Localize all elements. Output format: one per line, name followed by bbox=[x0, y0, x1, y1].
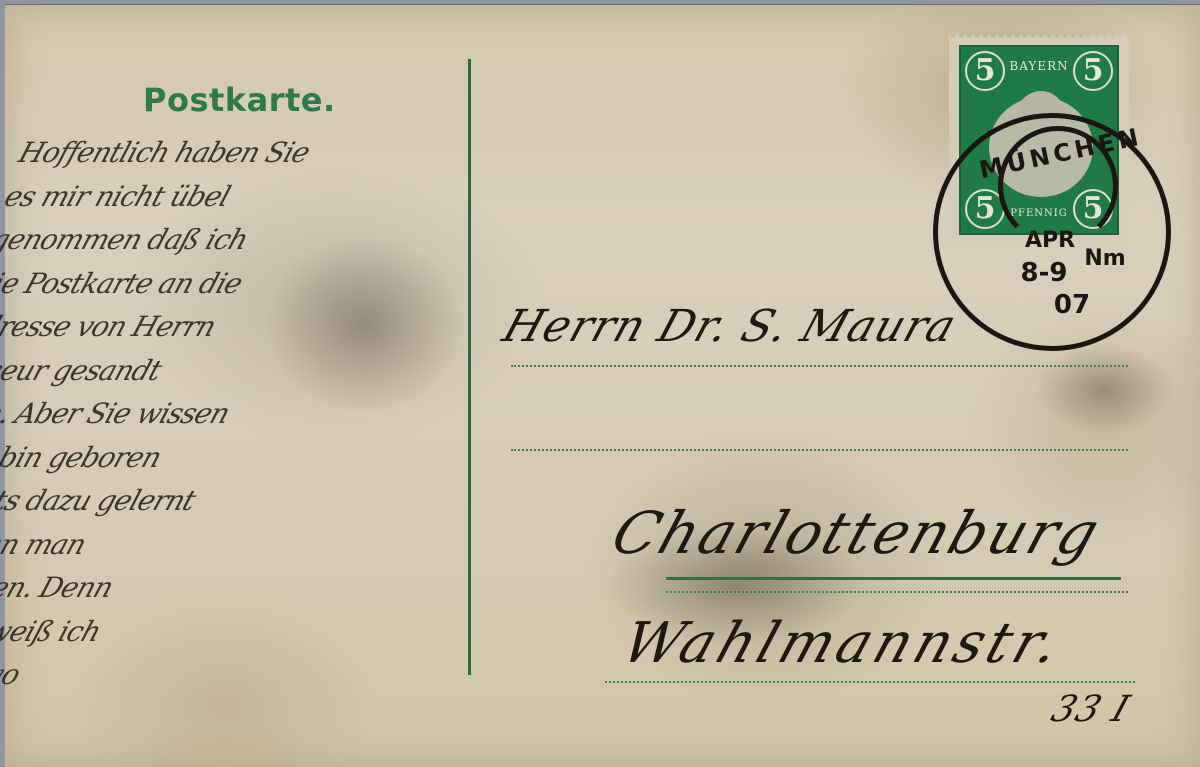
ink-smudge bbox=[1035, 345, 1175, 435]
message-line: habe. Aber Sie wissen bbox=[0, 392, 382, 436]
address-line-1 bbox=[511, 365, 1128, 367]
message-line: die Postkarte an die bbox=[0, 262, 425, 306]
postcard: Postkarte. Hoffentlich haben Sie es mir … bbox=[5, 4, 1200, 766]
message-line: da machen. Denn bbox=[0, 566, 326, 610]
message-line: nur nicht wo bbox=[0, 653, 297, 697]
handwritten-message: Hoffentlich haben Sie es mir nicht übel … bbox=[0, 131, 467, 697]
message-line: Hoffentlich haben Sie bbox=[13, 131, 467, 175]
vertical-divider bbox=[468, 59, 471, 675]
message-line: ja ich bin geboren bbox=[0, 436, 368, 480]
postmark-year: 07 bbox=[1050, 290, 1094, 320]
postmark-period: Nm bbox=[1080, 246, 1130, 271]
recipient-city: Charlottenburg bbox=[604, 499, 1109, 567]
recipient-street: Wahlmannstr. bbox=[614, 611, 1071, 676]
stamp-value: 5 bbox=[1073, 51, 1113, 91]
address-line-4 bbox=[605, 681, 1135, 683]
stamp-value: 5 bbox=[965, 51, 1005, 91]
address-line-2 bbox=[511, 449, 1128, 451]
message-line: zu Ihnen weiß ich bbox=[0, 610, 312, 654]
address-line-3 bbox=[666, 591, 1128, 593]
postmark-time: 8-9 bbox=[1004, 258, 1084, 288]
message-line: genommen daß ich bbox=[0, 218, 439, 262]
postmark: MÜNCHEN APR 8-9 Nm 07 bbox=[933, 113, 1171, 351]
city-underline bbox=[666, 577, 1121, 580]
message-line: & nichts dazu gelernt bbox=[0, 479, 354, 523]
message-line: was kann man bbox=[0, 523, 340, 567]
recipient-name: Herrn Dr. S. Maura bbox=[497, 301, 963, 352]
postcard-title: Postkarte. bbox=[143, 81, 336, 119]
message-line: es mir nicht übel bbox=[0, 175, 453, 219]
postmark-month: APR bbox=[1020, 228, 1080, 253]
house-number: 33 I bbox=[1046, 689, 1135, 730]
message-line: Friseur gesandt bbox=[0, 349, 396, 393]
message-line: Adresse von Herrn bbox=[0, 305, 410, 349]
